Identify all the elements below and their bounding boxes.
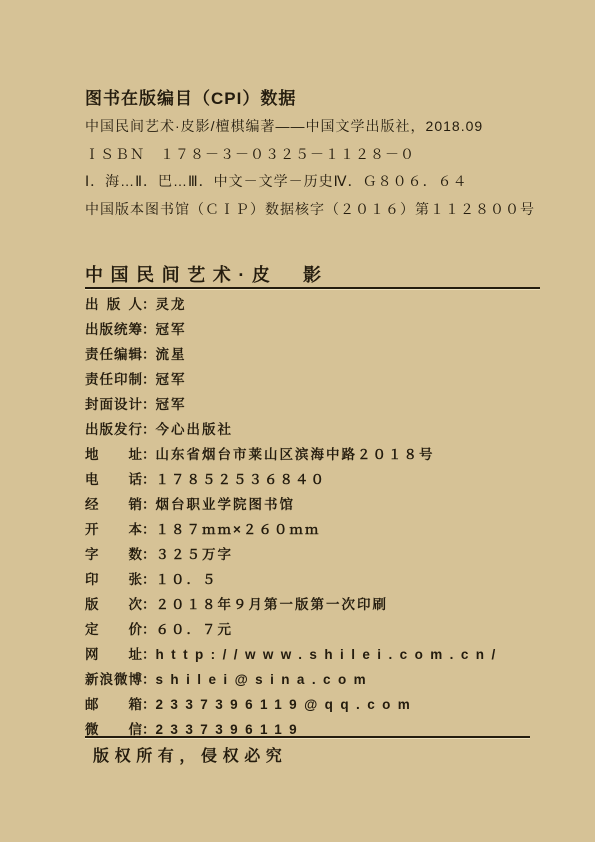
colon-separator: ： xyxy=(142,467,156,492)
cip-line: 中国版本图书馆（ＣＩＰ）数据核字（２０１６）第１１２８００号 xyxy=(85,196,555,224)
publication-info-row: 字数：３２５万字 xyxy=(85,542,565,567)
colon-separator: ： xyxy=(142,717,156,742)
field-label: 开本 xyxy=(85,517,142,542)
publication-info-row: 经销：烟台职业学院图书馆 xyxy=(85,492,565,517)
field-value: 冠军 xyxy=(156,397,187,412)
colon-separator: ： xyxy=(142,542,156,567)
publication-info-row: 责任印制：冠军 xyxy=(85,367,565,392)
colon-separator: ： xyxy=(142,442,156,467)
publication-info-row: 出版人：灵龙 xyxy=(85,292,565,317)
publication-info-row: 新浪微博：shilei@sina.com xyxy=(85,667,565,692)
publication-info-row: 定价：６０．７元 xyxy=(85,617,565,642)
field-label: 定价 xyxy=(85,617,142,642)
field-value: http://www.shilei.com.cn/ xyxy=(156,647,503,662)
cip-heading: 图书在版编目（CPI）数据 xyxy=(85,84,296,109)
publication-info-row: 开本：１８７ｍｍ×２６０ｍｍ xyxy=(85,517,565,542)
colon-separator: ： xyxy=(142,567,156,592)
colon-separator: ： xyxy=(142,342,156,367)
field-label: 出版人 xyxy=(85,292,142,317)
colon-separator: ： xyxy=(142,317,156,342)
field-label: 网址 xyxy=(85,642,142,667)
publication-info-row: 地址：山东省烟台市莱山区滨海中路２０１８号 xyxy=(85,442,565,467)
field-value: 山东省烟台市莱山区滨海中路２０１８号 xyxy=(156,447,435,462)
field-value: 烟台职业学院图书馆 xyxy=(156,497,296,512)
publication-info-row: 电话：１７８５２５３６８４０ xyxy=(85,467,565,492)
publication-info-row: 封面设计：冠军 xyxy=(85,392,565,417)
publication-info-row: 出版发行：今心出版社 xyxy=(85,417,565,442)
colon-separator: ： xyxy=(142,667,156,692)
cip-line: Ⅰ．海…Ⅱ．巴…Ⅲ．中文－文学－历史Ⅳ．Ｇ８０６．６４ xyxy=(85,168,555,196)
colon-separator: ： xyxy=(142,642,156,667)
field-label: 印张 xyxy=(85,567,142,592)
field-value: 2337396119@qq.com xyxy=(156,697,418,712)
field-value: shilei@sina.com xyxy=(156,672,374,687)
field-value: 今心出版社 xyxy=(156,422,234,437)
colon-separator: ： xyxy=(142,417,156,442)
field-label: 新浪微博 xyxy=(85,667,142,692)
field-label: 出版发行 xyxy=(85,417,142,442)
colon-separator: ： xyxy=(142,367,156,392)
field-value: 流星 xyxy=(156,347,187,362)
colon-separator: ： xyxy=(142,492,156,517)
footer-divider xyxy=(85,736,530,738)
field-value: １８７ｍｍ×２６０ｍｍ xyxy=(156,522,321,537)
field-label: 封面设计 xyxy=(85,392,142,417)
field-value: １７８５２５３６８４０ xyxy=(156,472,327,487)
colon-separator: ： xyxy=(142,292,156,317)
field-label: 邮箱 xyxy=(85,692,142,717)
field-value: ６０．７元 xyxy=(156,622,234,637)
book-title: 中国民间艺术·皮 影 xyxy=(85,261,329,287)
colon-separator: ： xyxy=(142,392,156,417)
publication-info-row: 微信：2337396119 xyxy=(85,717,565,742)
field-value: 灵龙 xyxy=(156,297,187,312)
publication-info-row: 责任编辑：流星 xyxy=(85,342,565,367)
field-value: 冠军 xyxy=(156,372,187,387)
publication-info-row: 网址：http://www.shilei.com.cn/ xyxy=(85,642,565,667)
field-label: 版次 xyxy=(85,592,142,617)
copyright-page: 图书在版编目（CPI）数据 中国民间艺术·皮影/檀棋编著——中国文学出版社，20… xyxy=(0,0,595,842)
field-value: ３２５万字 xyxy=(156,547,234,562)
title-divider xyxy=(85,287,540,289)
publication-info-row: 版次：２０１８年９月第一版第一次印刷 xyxy=(85,592,565,617)
field-label: 出版统筹 xyxy=(85,317,142,342)
field-label: 责任印制 xyxy=(85,367,142,392)
publication-info-row: 出版统筹：冠军 xyxy=(85,317,565,342)
colon-separator: ： xyxy=(142,517,156,542)
field-label: 电话 xyxy=(85,467,142,492)
cip-line: ＩＳＢＮ １７８－３－０３２５－１１２８－０ xyxy=(85,141,555,169)
colon-separator: ： xyxy=(142,617,156,642)
field-label: 地址 xyxy=(85,442,142,467)
copyright-notice: 版权所有，侵权必究 xyxy=(93,743,287,766)
colon-separator: ： xyxy=(142,592,156,617)
field-value: ２０１８年９月第一版第一次印刷 xyxy=(156,597,389,612)
field-label: 字数 xyxy=(85,542,142,567)
field-label: 责任编辑 xyxy=(85,342,142,367)
field-label: 经销 xyxy=(85,492,142,517)
cip-line: 中国民间艺术·皮影/檀棋编著——中国文学出版社，2018.09 xyxy=(85,113,555,141)
colon-separator: ： xyxy=(142,692,156,717)
field-value: 冠军 xyxy=(156,322,187,337)
field-value: １０．５ xyxy=(156,572,218,587)
publication-info-row: 邮箱：2337396119@qq.com xyxy=(85,692,565,717)
cip-block: 中国民间艺术·皮影/檀棋编著——中国文学出版社，2018.09ＩＳＢＮ １７８－… xyxy=(85,113,555,223)
field-value: 2337396119 xyxy=(156,722,305,737)
publication-info-list: 出版人：灵龙出版统筹：冠军责任编辑：流星责任印制：冠军封面设计：冠军出版发行：今… xyxy=(85,292,565,742)
publication-info-row: 印张：１０．５ xyxy=(85,567,565,592)
field-label: 微信 xyxy=(85,717,142,742)
